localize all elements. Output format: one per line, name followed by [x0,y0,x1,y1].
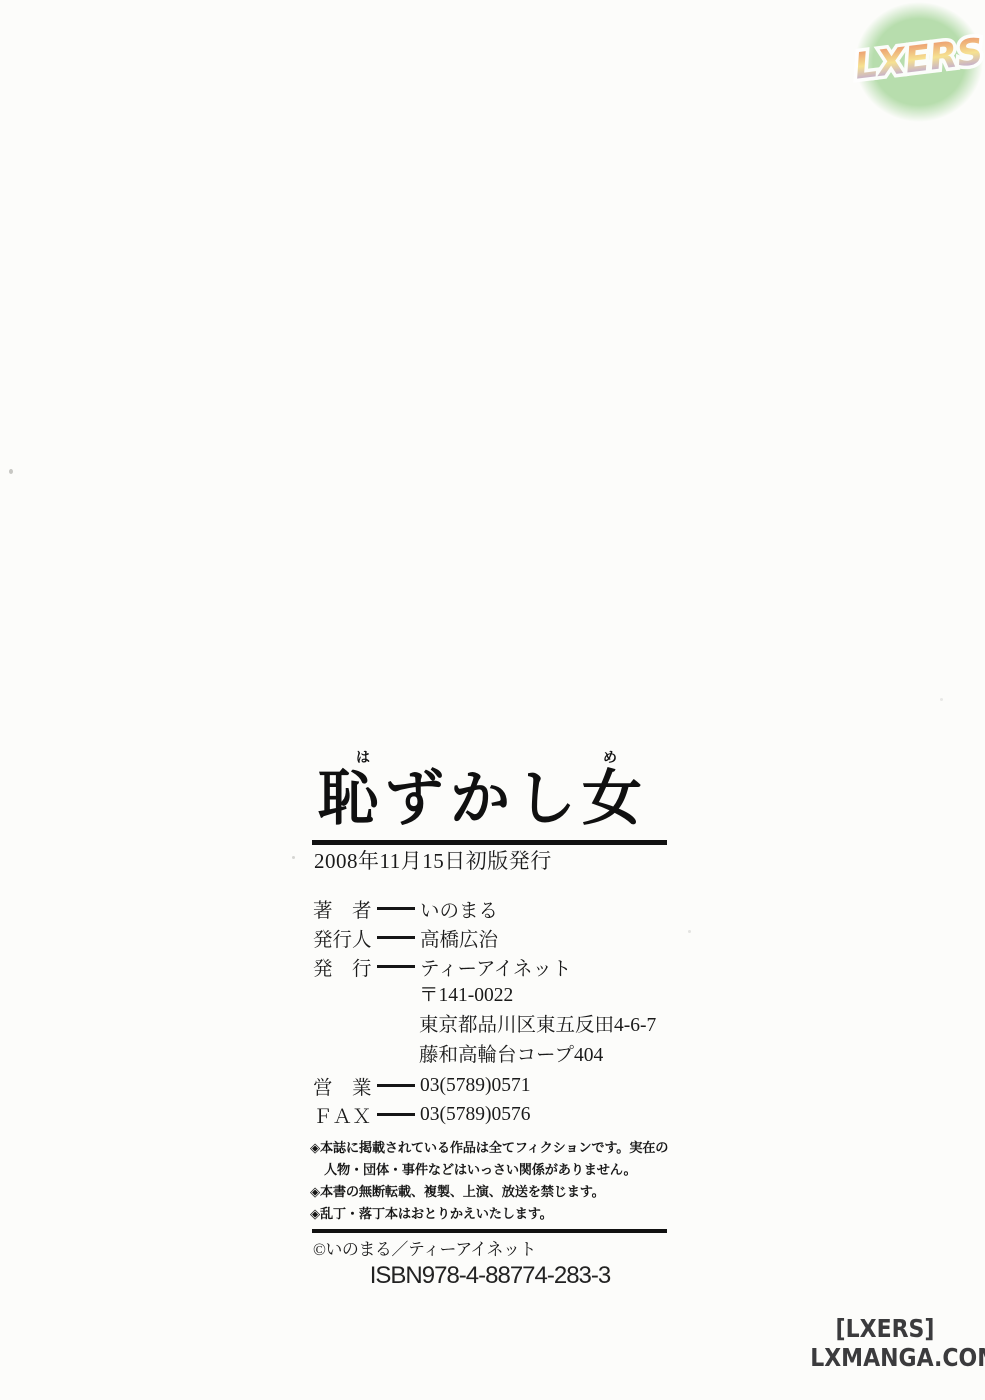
watermark-lxmanga: LXMANGA.COM [810,1343,960,1372]
postal-code: 〒141-0022 [419,981,683,1011]
scan-speck [940,698,943,701]
note-fiction-continued: 人物・団体・事件などはいっさい関係がありません。 [310,1159,676,1181]
edition-date: 2008年11月15日初版発行 [314,849,552,874]
furigana-ha: は [356,752,370,766]
note-fiction: ◈本誌に掲載されている作品は全てフィクションです。実在の [310,1137,676,1159]
author-row: 著 者 いのまる [313,894,683,923]
row-dash [377,965,415,968]
publisher-address: 〒141-0022 東京都品川区東五反田4-6-7 藤和高輪台コープ404 [419,981,683,1071]
watermark-lxers: [LXERS] [810,1314,960,1343]
book-title-block: は め 恥ずかし女 [318,752,678,830]
publisher-person-value: 高橋広治 [420,924,498,952]
note-no-reproduction: ◈本書の無断転載、複製、上演、放送を禁じます。 [310,1181,676,1203]
publisher-row: 発 行 ティーアイネット [313,952,683,981]
title-seg1: 恥 [318,766,384,832]
row-dash [377,1084,415,1087]
bottom-rule [312,1229,667,1233]
publisher-value: ティーアイネット [420,953,572,981]
sales-phone-row: 営 業 03(5789)0571 [313,1071,683,1100]
legal-notes: ◈本誌に掲載されている作品は全てフィクションです。実在の 人物・団体・事件などは… [310,1137,676,1225]
row-dash [377,907,415,910]
address-line: 東京都品川区東五反田4-6-7 [419,1011,683,1041]
title-underline-rule [312,840,667,845]
scan-speck [292,856,295,859]
fax-row: ＦＡＸ 03(5789)0576 [313,1100,683,1129]
author-value: いのまる [420,895,498,923]
scan-speck [9,469,13,474]
address-line: 藤和高輪台コープ404 [419,1041,683,1071]
publication-info: 著 者 いのまる 発行人 高橋広治 発 行 ティーアイネット 〒141-0022… [313,894,683,1129]
row-dash [377,936,415,939]
colophon-page: LXERS LXERS は め 恥ずかし女 2008年11月15日初版発行 著 … [0,0,985,1400]
publisher-person-label: 発行人 [313,924,377,952]
sales-label: 営 業 [313,1072,377,1100]
furigana-me: め [603,752,617,766]
publisher-label: 発 行 [313,953,377,981]
isbn-number: ISBN978-4-88774-283-3 [312,1262,668,1290]
publisher-person-row: 発行人 高橋広治 [313,923,683,952]
book-title: 恥ずかし女 [318,768,678,830]
copyright-line: ©いのまる／ティーアイネット [313,1240,536,1260]
fax-label: ＦＡＸ [313,1101,377,1129]
site-watermark: [LXERS] LXMANGA.COM [810,1314,960,1372]
sales-phone-value: 03(5789)0571 [420,1075,531,1097]
note-defective-copies: ◈乱丁・落丁本はおとりかえいたします。 [310,1203,676,1225]
fax-value: 03(5789)0576 [420,1104,531,1126]
lxers-logo-badge: LXERS LXERS [853,0,985,126]
title-seg3: 女 [582,766,648,832]
title-seg2: ずかし [384,766,582,832]
scan-speck [688,930,691,933]
row-dash [377,1113,415,1116]
author-label: 著 者 [313,895,377,923]
